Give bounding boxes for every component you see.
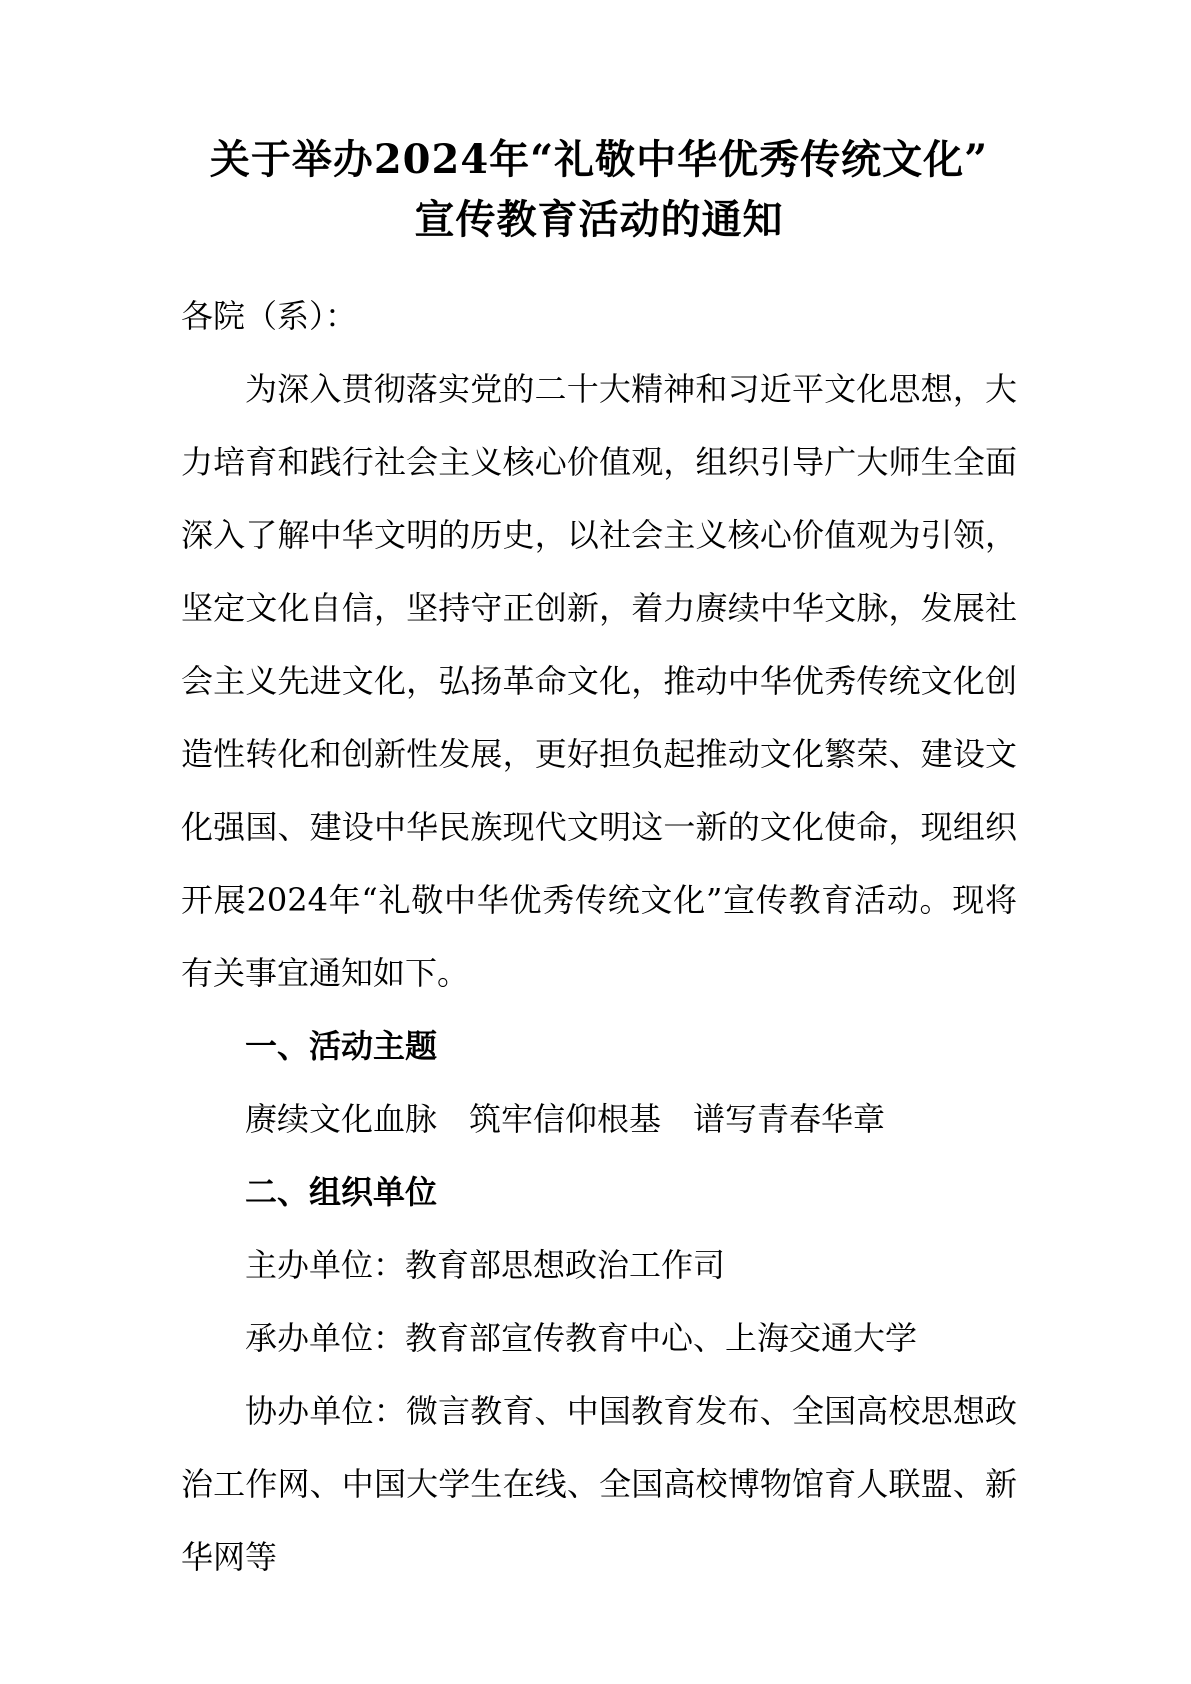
intro-paragraph: 为深入贯彻落实党的二十大精神和习近平文化思想，大力培育和践行社会主义核心价值观，…: [181, 353, 1017, 1010]
organizer-coorganizers-line: 协办单位：微言教育、中国教育发布、全国高校思想政治工作网、中国大学生在线、全国高…: [181, 1375, 1017, 1594]
organizer-host-line: 主办单位：教育部思想政治工作司: [181, 1229, 1017, 1302]
organizer-undertaker-line: 承办单位：教育部宣传教育中心、上海交通大学: [181, 1302, 1017, 1375]
salutation: 各院（系）：: [181, 280, 1017, 353]
title-line-1: 关于举办2024年“礼敬中华优秀传统文化”: [181, 130, 1017, 190]
document-title: 关于举办2024年“礼敬中华优秀传统文化” 宣传教育活动的通知: [181, 130, 1017, 250]
activity-theme-text: 赓续文化血脉 筑牢信仰根基 谱写青春华章: [181, 1083, 1017, 1156]
title-line-2: 宣传教育活动的通知: [181, 190, 1017, 250]
document-page: 关于举办2024年“礼敬中华优秀传统文化” 宣传教育活动的通知 各院（系）： 为…: [0, 0, 1191, 1684]
document-body: 各院（系）： 为深入贯彻落实党的二十大精神和习近平文化思想，大力培育和践行社会主…: [181, 280, 1017, 1594]
section-2-heading: 二、组织单位: [181, 1156, 1017, 1229]
document-content: 关于举办2024年“礼敬中华优秀传统文化” 宣传教育活动的通知 各院（系）： 为…: [181, 0, 1017, 1594]
section-1-heading: 一、活动主题: [181, 1010, 1017, 1083]
